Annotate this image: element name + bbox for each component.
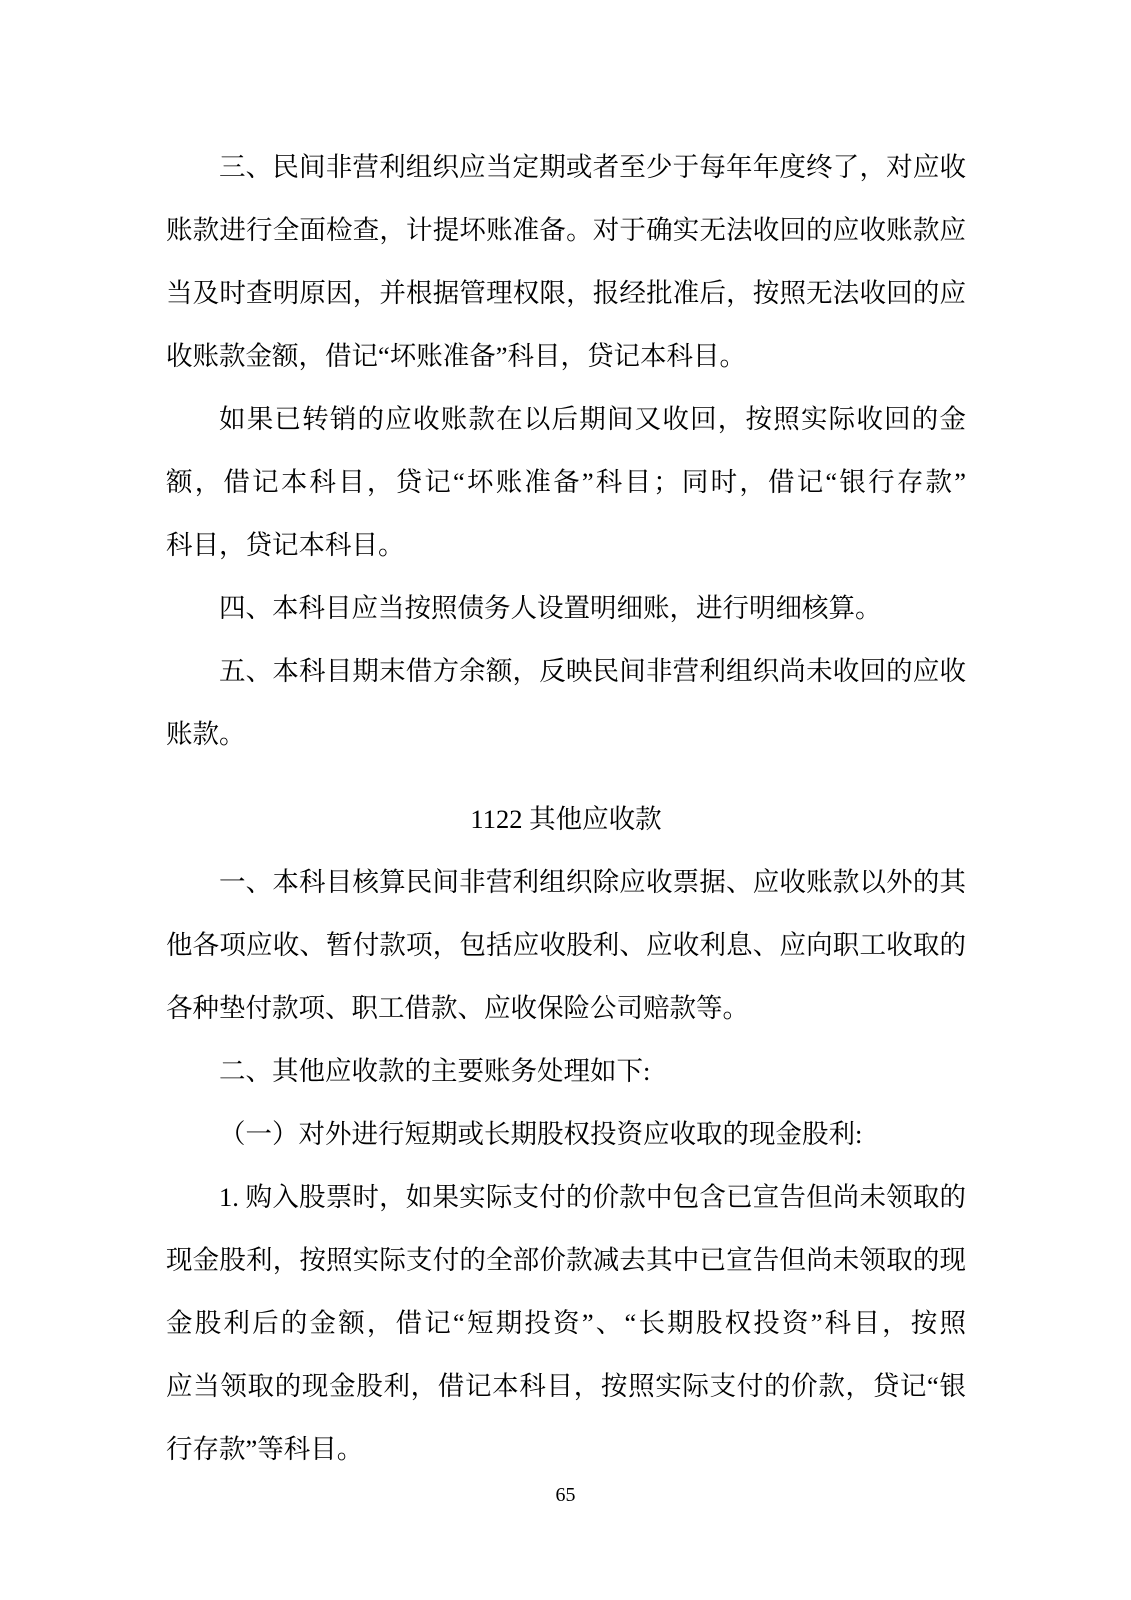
text-line: 如果已转销的应收账款在以后期间又收回，按照实际收回的金 [166, 388, 966, 451]
text-line: 当及时查明原因，并根据管理权限，报经批准后，按照无法收回的应 [166, 262, 966, 325]
text-line: 应当领取的现金股利，借记本科目，按照实际支付的价款，贷记“银 [166, 1355, 966, 1418]
paragraph: 五、本科目期末借方余额，反映民间非营利组织尚未收回的应收 账款。 [166, 640, 966, 766]
text-line: 他各项应收、暂付款项，包括应收股利、应收利息、应向职工收取的 [166, 914, 966, 977]
text-line: （一）对外进行短期或长期股权投资应收取的现金股利: [166, 1103, 966, 1166]
text-line: 1. 购入股票时，如果实际支付的价款中包含已宣告但尚未领取的 [166, 1166, 966, 1229]
text-line: 行存款”等科目。 [166, 1418, 966, 1481]
section-heading: 1122 其他应收款 [166, 788, 966, 851]
paragraph: （一）对外进行短期或长期股权投资应收取的现金股利: [166, 1103, 966, 1166]
paragraph: 1. 购入股票时，如果实际支付的价款中包含已宣告但尚未领取的 现金股利，按照实际… [166, 1166, 966, 1481]
text-line: 账款进行全面检查，计提坏账准备。对于确实无法收回的应收账款应 [166, 199, 966, 262]
text-line: 各种垫付款项、职工借款、应收保险公司赔款等。 [166, 977, 966, 1040]
paragraph: 一、本科目核算民间非营利组织除应收票据、应收账款以外的其 他各项应收、暂付款项，… [166, 851, 966, 1040]
text-line: 四、本科目应当按照债务人设置明细账，进行明细核算。 [166, 577, 966, 640]
text-line: 一、本科目核算民间非营利组织除应收票据、应收账款以外的其 [166, 851, 966, 914]
text-line: 二、其他应收款的主要账务处理如下: [166, 1040, 966, 1103]
paragraph: 三、民间非营利组织应当定期或者至少于每年年度终了，对应收 账款进行全面检查，计提… [166, 136, 966, 388]
text-line: 科目，贷记本科目。 [166, 514, 966, 577]
text-line: 账款。 [166, 703, 966, 766]
paragraph: 二、其他应收款的主要账务处理如下: [166, 1040, 966, 1103]
text-line: 额，借记本科目，贷记“坏账准备”科目；同时，借记“银行存款” [166, 451, 966, 514]
text-line: 三、民间非营利组织应当定期或者至少于每年年度终了，对应收 [166, 136, 966, 199]
paragraph: 如果已转销的应收账款在以后期间又收回，按照实际收回的金 额，借记本科目，贷记“坏… [166, 388, 966, 577]
text-line: 五、本科目期末借方余额，反映民间非营利组织尚未收回的应收 [166, 640, 966, 703]
document-page: 三、民间非营利组织应当定期或者至少于每年年度终了，对应收 账款进行全面检查，计提… [0, 0, 1131, 1600]
text-line: 收账款金额，借记“坏账准备”科目，贷记本科目。 [166, 325, 966, 388]
text-line: 金股利后的金额，借记“短期投资”、“长期股权投资”科目，按照 [166, 1292, 966, 1355]
text-line: 现金股利，按照实际支付的全部价款减去其中已宣告但尚未领取的现 [166, 1229, 966, 1292]
page-number: 65 [0, 1482, 1131, 1508]
page-content: 三、民间非营利组织应当定期或者至少于每年年度终了，对应收 账款进行全面检查，计提… [166, 136, 966, 1481]
paragraph: 四、本科目应当按照债务人设置明细账，进行明细核算。 [166, 577, 966, 640]
